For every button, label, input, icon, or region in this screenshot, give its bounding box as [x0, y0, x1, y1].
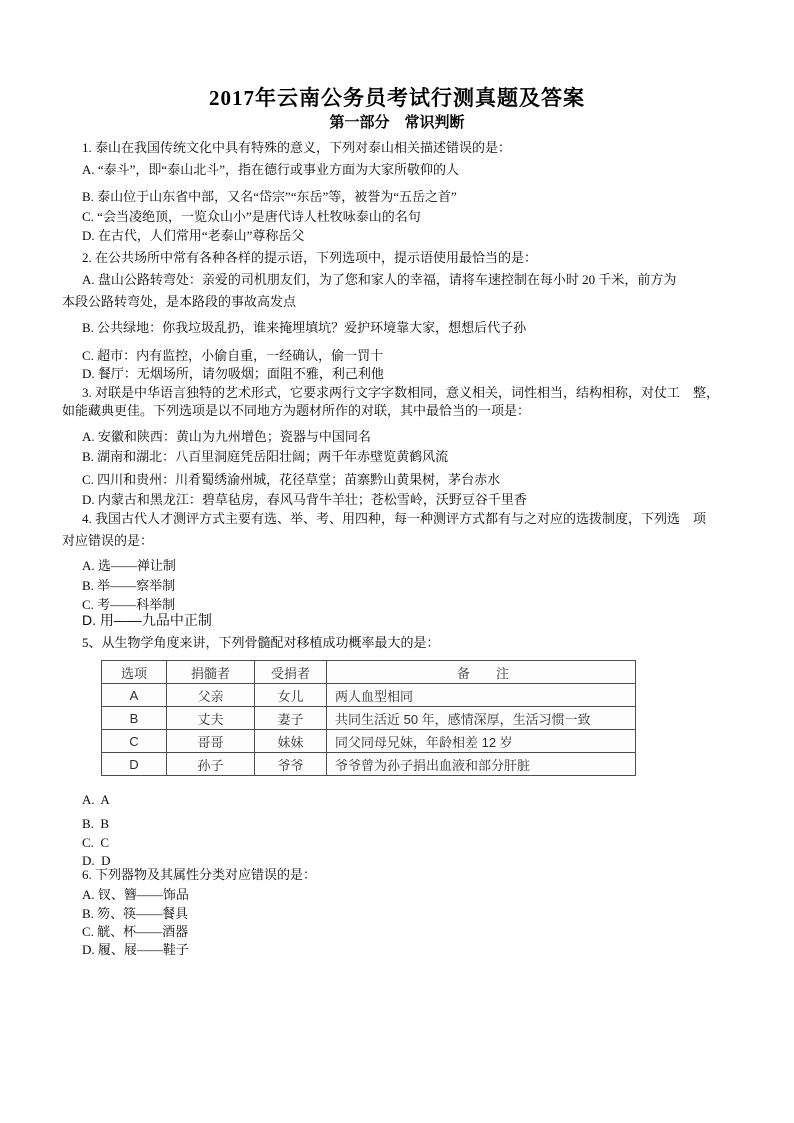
- table-cell-remark: 共同生活近 50 年，感情深厚，生活习惯一致: [327, 707, 636, 730]
- table-cell-option: B: [102, 707, 167, 730]
- table-row: D 孙子 爷爷 爷爷曾为孙子捐出血液和部分肝脏: [102, 753, 636, 776]
- table-cell-donor: 哥哥: [167, 730, 255, 753]
- question-2-stem: 2. 在公共场所中常有各种各样的提示语，下列选项中，提示语使用最恰当的是：: [82, 249, 742, 266]
- table-row: A 父亲 女儿 两人血型相同: [102, 684, 636, 707]
- question-3-option-d: D. 内蒙古和黑龙江：碧草毡房，春风马背牛羊壮；苍松雪岭，沃野豆谷千里香: [82, 491, 742, 508]
- question-1-option-c: C. “会当凌绝顶，一览众山小”是唐代诗人杜牧咏泰山的名句: [82, 208, 742, 225]
- question-6-option-d: D. 履、屐——鞋子: [82, 941, 742, 958]
- table-header-remark: 备 注: [327, 661, 636, 684]
- table-header-recipient: 受捐者: [255, 661, 327, 684]
- question-6-option-c: C. 觥、杯——酒器: [82, 923, 742, 940]
- question-6-stem: 6. 下列器物及其属性分类对应错误的是：: [82, 866, 742, 883]
- table-cell-remark: 同父同母兄妹，年龄相差 12 岁: [327, 730, 636, 753]
- question-4-option-a: A. 选——禅让制: [82, 557, 742, 574]
- question-1-option-d: D. 在古代，人们常用“老泰山”尊称岳父: [82, 227, 742, 244]
- question-2-option-c: C. 超市：内有监控，小偷自重，一经确认，偷一罚十: [82, 347, 742, 364]
- question-4-option-d: D. 用——九品中正制: [82, 612, 742, 629]
- question-6-option-b: B. 笏、筷——餐具: [82, 905, 742, 922]
- table-header-option: 选项: [102, 661, 167, 684]
- question-3-option-a: A. 安徽和陕西：黄山为九州增色；瓷器与中国同名: [82, 428, 742, 445]
- question-4-option-b: B. 举——察举制: [82, 577, 742, 594]
- question-4-stem-line2: 对应错误的是：: [62, 532, 734, 549]
- table-cell-option: A: [102, 684, 167, 707]
- question-3-option-c: C. 四川和贵州：川肴蜀绣渝州城，花径草堂；苗寨黔山黄果树，茅台赤水: [82, 471, 742, 488]
- table-cell-remark: 爷爷曾为孙子捐出血液和部分肝脏: [327, 753, 636, 776]
- table-cell-donor: 父亲: [167, 684, 255, 707]
- document-page: 2017年云南公务员考试行测真题及答案 第一部分 常识判断 1. 泰山在我国传统…: [0, 0, 794, 1123]
- question-5-answer-b: B. B: [82, 815, 742, 832]
- table-cell-recipient: 女儿: [255, 684, 327, 707]
- table-header-donor: 捐髓者: [167, 661, 255, 684]
- question-2-option-b: B. 公共绿地：你我垃圾乱扔，谁来掩埋填坑？爱护环境靠大家，想想后代子孙: [82, 319, 742, 336]
- table-cell-option: C: [102, 730, 167, 753]
- question-1-option-b: B. 泰山位于山东省中部，又名“岱宗”“东岳”等，被誉为“五岳之首”: [82, 188, 742, 205]
- question-5-answer-c: C. C: [82, 834, 742, 851]
- table-cell-recipient: 妹妹: [255, 730, 327, 753]
- table-row: C 哥哥 妹妹 同父同母兄妹，年龄相差 12 岁: [102, 730, 636, 753]
- question-5-answer-a: A. A: [82, 791, 742, 808]
- table-cell-donor: 丈夫: [167, 707, 255, 730]
- question-5-stem: 5、从生物学角度来讲，下列骨髓配对移植成功概率最大的是：: [82, 634, 742, 651]
- question-2-option-d: D. 餐厅：无烟场所，请勿吸烟；面阻不雅，利己利他: [82, 365, 742, 382]
- donor-match-table: 选项 捐髓者 受捐者 备 注 A 父亲 女儿 两人血型相同 B 丈夫 妻子 共同…: [101, 660, 636, 776]
- table-row: B 丈夫 妻子 共同生活近 50 年，感情深厚，生活习惯一致: [102, 707, 636, 730]
- table-cell-option: D: [102, 753, 167, 776]
- question-4-option-c: C. 考——科举制: [82, 596, 742, 613]
- question-3-stem-line2: 如能藏典更佳。下列选项是以不同地方为题材所作的对联，其中最恰当的一项是：: [62, 402, 734, 419]
- question-2-option-a-line2: 本段公路转弯处，是本路段的事故高发点: [62, 293, 734, 310]
- document-title: 2017年云南公务员考试行测真题及答案: [0, 82, 794, 112]
- question-3-stem-line1: 3. 对联是中华语言独特的艺术形式，它要求两行文字字数相同，意义相关，词性相当，…: [82, 384, 742, 401]
- question-4-stem-line1: 4. 我国古代人才测评方式主要有选、举、考、用四种，每一种测评方式都有与之对应的…: [82, 510, 742, 527]
- question-1-option-a: A. “泰斗”，即“泰山北斗”，指在德行或事业方面为大家所敬仰的人: [82, 161, 742, 178]
- section-heading: 第一部分 常识判断: [0, 111, 794, 132]
- question-1-stem: 1. 泰山在我国传统文化中具有特殊的意义，下列对泰山相关描述错误的是：: [82, 139, 742, 156]
- question-3-option-b: B. 湖南和湖北：八百里洞庭凭岳阳壮阔；两千年赤壁览黄鹤风流: [82, 448, 742, 465]
- table-header-row: 选项 捐髓者 受捐者 备 注: [102, 661, 636, 684]
- question-2-option-a-line1: A. 盘山公路转弯处：亲爱的司机朋友们，为了您和家人的幸福，请将车速控制在每小时…: [82, 271, 742, 288]
- table-cell-donor: 孙子: [167, 753, 255, 776]
- question-6-option-a: A. 钗、簪——饰品: [82, 886, 742, 903]
- table-cell-recipient: 爷爷: [255, 753, 327, 776]
- table-cell-recipient: 妻子: [255, 707, 327, 730]
- table-cell-remark: 两人血型相同: [327, 684, 636, 707]
